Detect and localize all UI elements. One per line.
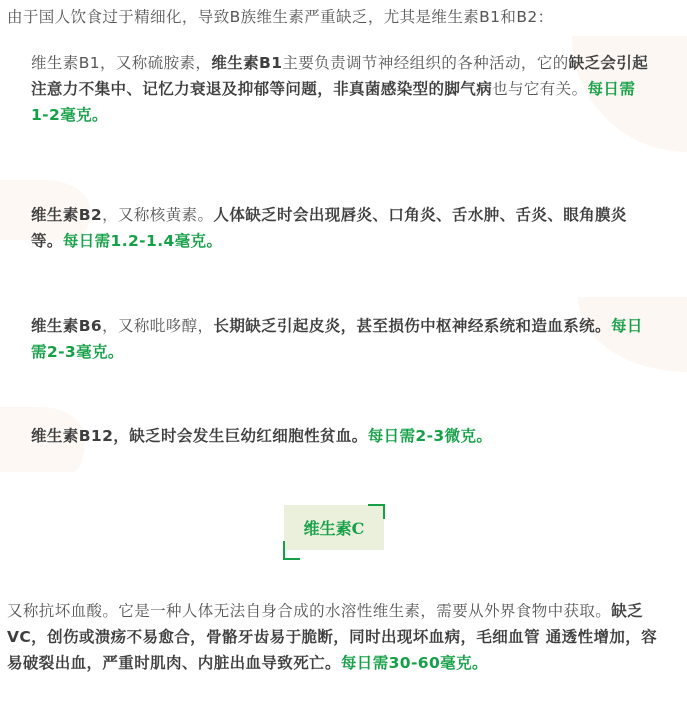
- vitamin-c-desc: 又称抗坏血酸。它是一种人体无法自身合成的水溶性维生素，需要从外界食物中获取。: [7, 602, 611, 620]
- corner-bracket-decoration: [368, 504, 385, 519]
- vitamin-b6-paragraph: 维生素B6，又称吡哆醇，长期缺乏引起皮炎，甚至损伤中枢神经系统和造血系统。每日需…: [31, 313, 651, 365]
- vitamin-b1-tail: 也与它有关。: [492, 80, 587, 98]
- vitamin-c-heading-text: 维生素C: [304, 516, 365, 539]
- vitamin-b12-name: 维生素B12: [31, 427, 113, 445]
- intro-paragraph: 由于国人饮食过于精细化，导致B族维生素严重缺乏，尤其是维生素B1和B2：: [7, 4, 677, 30]
- vitamin-b12-paragraph: 维生素B12，缺乏时会发生巨幼红细胞性贫血。每日需2-3微克。: [31, 423, 651, 449]
- vitamin-b2-alias: ，又称核黄素。: [102, 206, 213, 224]
- vitamin-c-paragraph: 又称抗坏血酸。它是一种人体无法自身合成的水溶性维生素，需要从外界食物中获取。缺乏…: [7, 598, 672, 676]
- vitamin-b12-deficiency: ，缺乏时会发生巨幼红细胞性贫血。: [113, 427, 367, 445]
- vitamin-b6-name: 维生素B6: [31, 317, 102, 335]
- vitamin-c-dose: 每日需30-60毫克。: [341, 654, 488, 672]
- vitamin-b2-name: 维生素B2: [31, 206, 102, 224]
- vitamin-b2-paragraph: 维生素B2，又称核黄素。人体缺乏时会出现唇炎、口角炎、舌水肿、舌炎、眼角膜炎等。…: [31, 202, 651, 254]
- vitamin-b1-bold-name: 维生素B1: [211, 54, 282, 72]
- vitamin-c-heading: 维生素C: [284, 505, 384, 550]
- corner-bracket-decoration: [283, 541, 300, 560]
- vitamin-b1-name: 维生素B1: [31, 54, 100, 72]
- vitamin-b1-alias: ，又称硫胺素，: [100, 54, 211, 72]
- vitamin-b12-dose: 每日需2-3微克。: [368, 427, 493, 445]
- vitamin-b6-alias: ，又称吡哆醇，: [102, 317, 213, 335]
- vitamin-b2-dose: 每日需1.2-1.4毫克。: [63, 232, 223, 250]
- vitamin-b6-deficiency: 长期缺乏引起皮炎，甚至损伤中枢神经系统和造血系统。: [213, 317, 611, 335]
- vitamin-b1-desc: 主要负责调节神经组织的各种活动，它的: [282, 54, 568, 72]
- vitamin-b1-paragraph: 维生素B1，又称硫胺素，维生素B1主要负责调节神经组织的各种活动，它的缺乏会引起…: [31, 50, 651, 128]
